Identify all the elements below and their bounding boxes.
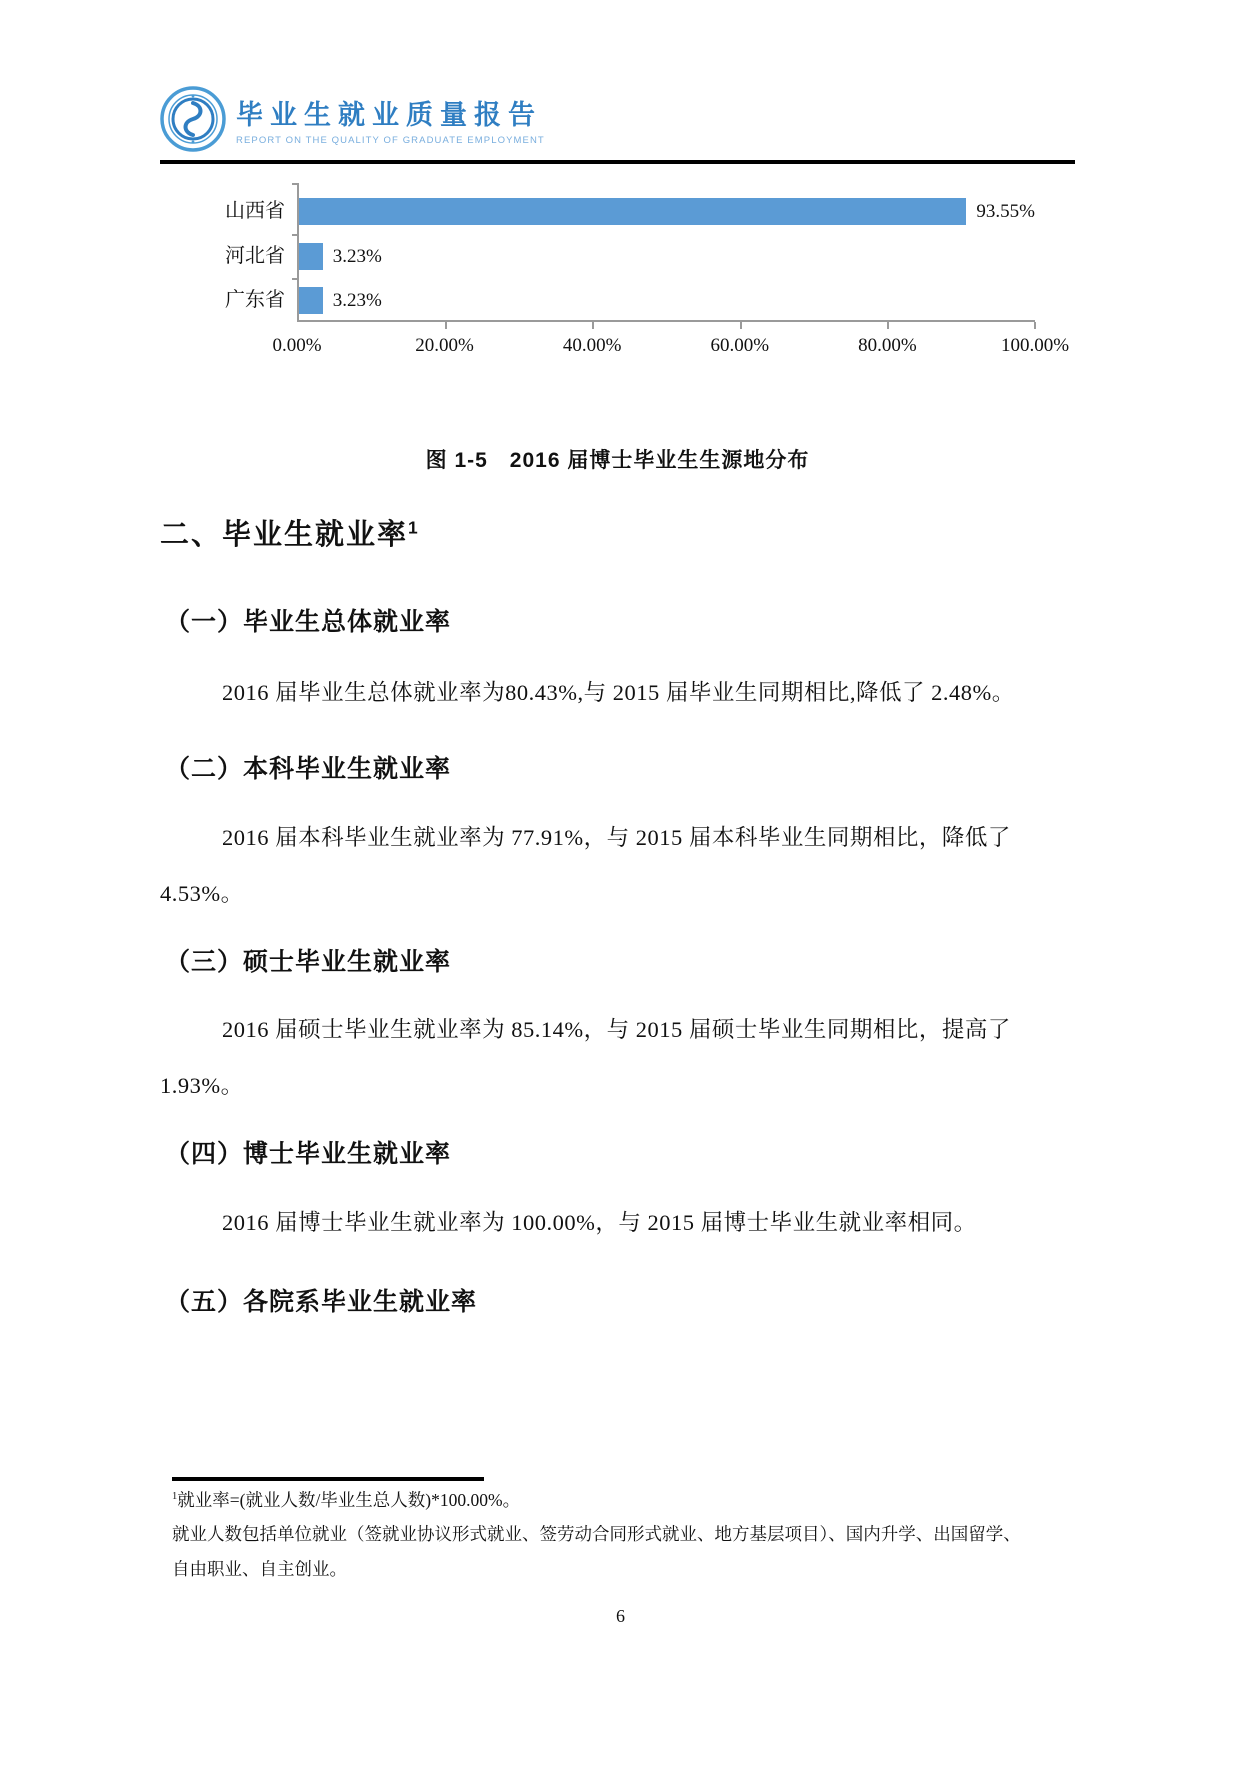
footnote-line: 就业人数包括单位就业（签就业协议形式就业、签劳动合同形式就业、地方基层项目）、国… xyxy=(172,1521,1082,1546)
subsection-heading-overall: （一）毕业生总体就业率 xyxy=(165,602,451,638)
brand-title: 毕业生就业质量报告 xyxy=(236,93,545,132)
bar-row: 3.23% xyxy=(299,243,1035,270)
category-label: 河北省 xyxy=(160,243,285,270)
brand: 毕业生就业质量报告 REPORT ON THE QUALITY OF GRADU… xyxy=(160,86,1081,152)
x-axis-label: 20.00% xyxy=(415,335,474,357)
paragraph-line: 4.53%。 xyxy=(160,876,1090,908)
bar-shanxi xyxy=(299,198,966,225)
subsection-heading-doctor: （四）博士毕业生就业率 xyxy=(165,1134,451,1170)
category-label: 广东省 xyxy=(160,287,285,314)
x-axis-label: 0.00% xyxy=(272,335,321,357)
paragraph-line: 2016 届毕业生总体就业率为80.43%,与 2015 届毕业生同期相比,降低… xyxy=(160,675,1090,707)
x-axis-label: 80.00% xyxy=(858,335,917,357)
category-label: 山西省 xyxy=(160,198,285,225)
paragraph-line: 2016 届博士毕业生就业率为 100.00%，与 2015 届博士毕业生就业率… xyxy=(160,1205,1090,1237)
bar-value-label: 93.55% xyxy=(976,201,1035,223)
bar-value-label: 3.23% xyxy=(333,246,382,268)
y-axis-tick xyxy=(292,183,299,185)
x-axis-label: 100.00% xyxy=(1001,335,1069,357)
footnote-reference: 1 xyxy=(408,517,420,537)
brand-text: 毕业生就业质量报告 REPORT ON THE QUALITY OF GRADU… xyxy=(236,93,545,146)
footnote-text: 就业率=(就业人数/毕业生总人数)*100.00%。 xyxy=(177,1490,520,1510)
origin-distribution-chart: 山西省 河北省 广东省 93.55% 3.23% 3.23% xyxy=(160,183,1100,363)
subsection-heading-master: （三）硕士毕业生就业率 xyxy=(165,942,451,978)
bar-hebei xyxy=(299,243,323,270)
x-axis-tick xyxy=(592,322,594,329)
section-heading-employment-rate: 二、毕业生就业率1 xyxy=(160,512,420,553)
footnote-line: 自由职业、自主创业。 xyxy=(172,1556,1082,1581)
x-axis-tick xyxy=(1034,322,1036,329)
subsection-heading-departments: （五）各院系毕业生就业率 xyxy=(165,1282,477,1318)
x-axis-tick xyxy=(887,322,889,329)
university-seal-icon xyxy=(160,86,226,152)
page-header: 毕业生就业质量报告 REPORT ON THE QUALITY OF GRADU… xyxy=(160,86,1081,152)
footnote-divider xyxy=(172,1477,484,1481)
header-divider xyxy=(160,160,1075,164)
x-axis-tick xyxy=(740,322,742,329)
chart-plot-area: 93.55% 3.23% 3.23% xyxy=(297,183,1035,322)
paragraph-line: 2016 届本科毕业生就业率为 77.91%，与 2015 届本科毕业生同期相比… xyxy=(160,820,1090,852)
x-axis-tick xyxy=(445,322,447,329)
bar-value-label: 3.23% xyxy=(333,290,382,312)
section-heading-text: 二、毕业生就业率 xyxy=(160,519,408,551)
x-axis-label: 40.00% xyxy=(563,335,622,357)
bar-guangdong xyxy=(299,287,323,314)
bar-row: 93.55% xyxy=(299,198,1035,225)
footnote-line: 1就业率=(就业人数/毕业生总人数)*100.00%。 xyxy=(172,1487,1082,1512)
x-axis-label: 60.00% xyxy=(711,335,770,357)
brand-subtitle: REPORT ON THE QUALITY OF GRADUATE EMPLOY… xyxy=(236,135,545,146)
bar-row: 3.23% xyxy=(299,287,1035,314)
paragraph-line: 1.93%。 xyxy=(160,1068,1090,1100)
page-number: 6 xyxy=(0,1606,1241,1627)
y-axis-tick xyxy=(292,234,299,236)
subsection-heading-bachelor: （二）本科毕业生就业率 xyxy=(165,749,451,785)
report-page: 毕业生就业质量报告 REPORT ON THE QUALITY OF GRADU… xyxy=(0,0,1241,1766)
paragraph-line: 2016 届硕士毕业生就业率为 85.14%，与 2015 届硕士毕业生同期相比… xyxy=(160,1012,1090,1044)
y-axis-tick xyxy=(292,278,299,280)
figure-caption: 图 1-5 2016 届博士毕业生生源地分布 xyxy=(160,444,1075,474)
